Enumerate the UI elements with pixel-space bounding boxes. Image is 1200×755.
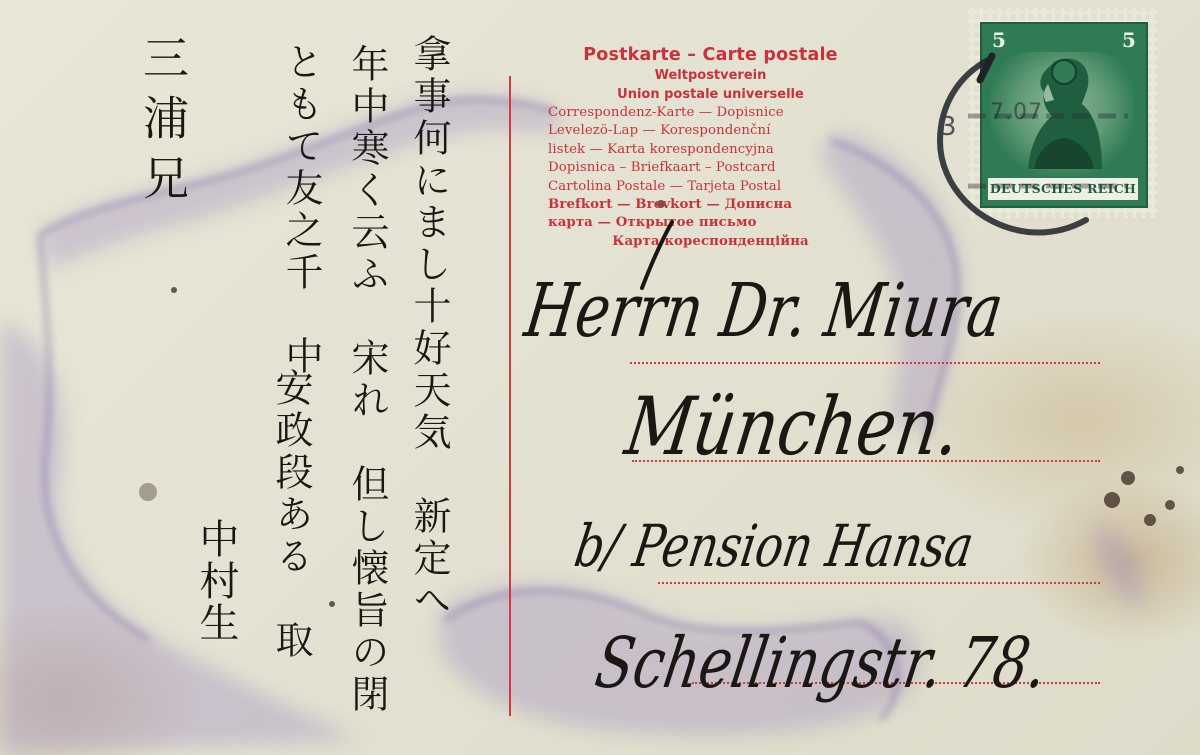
postmark-day: 3	[940, 112, 957, 142]
address-line-1	[630, 362, 1100, 364]
postmark-date: 7.07	[990, 100, 1043, 125]
japanese-signature: 中村生	[196, 518, 236, 644]
message-address-divider	[509, 76, 511, 716]
postcard-header: Postkarte – Carte postale Weltpostverein…	[548, 44, 873, 251]
header-line: Levelezö-Lap — Korespondenční	[548, 122, 873, 140]
header-line-last: Карта кореспонденційна	[548, 233, 873, 251]
header-line: Correspondenz-Karte — Dopisnice	[548, 104, 873, 122]
postcard: Postkarte – Carte postale Weltpostverein…	[0, 0, 1200, 755]
address-recipient: Herrn Dr. Miura	[520, 268, 1008, 354]
header-line: listek — Karta korespondencyjna	[548, 141, 873, 159]
header-line: Dopisnica – Briefkaart – Postcard	[548, 159, 873, 177]
japanese-recipient: 三浦兄	[140, 34, 186, 214]
header-line: Brefkort — Brevkort — Дописна	[548, 196, 873, 214]
japanese-column-4: 安政段ある 取	[272, 368, 310, 708]
japanese-column-3: ともて友之千 中	[282, 42, 320, 372]
address-care-of: b/ Pension Hansa	[570, 512, 978, 580]
address-city: München.	[620, 380, 966, 473]
header-line: Cartolina Postale — Tarjeta Postal	[548, 178, 873, 196]
header-subtitle-weltpostverein: Weltpostverein	[548, 66, 873, 85]
header-subtitle-union: Union postale universelle	[548, 85, 873, 104]
address-line-3	[658, 582, 1100, 584]
postmark-icon	[928, 36, 1138, 246]
header-line: карта — Открытое письмо	[548, 214, 873, 232]
japanese-column-2: 年中寒く云ふ 宋れ 但し懐旨の閉	[348, 44, 386, 734]
address-street: Schellingstr. 78.	[590, 622, 1053, 704]
japanese-column-1: 拿事何にまし十好天気 新定へ	[410, 34, 448, 734]
header-title: Postkarte – Carte postale	[548, 44, 873, 66]
